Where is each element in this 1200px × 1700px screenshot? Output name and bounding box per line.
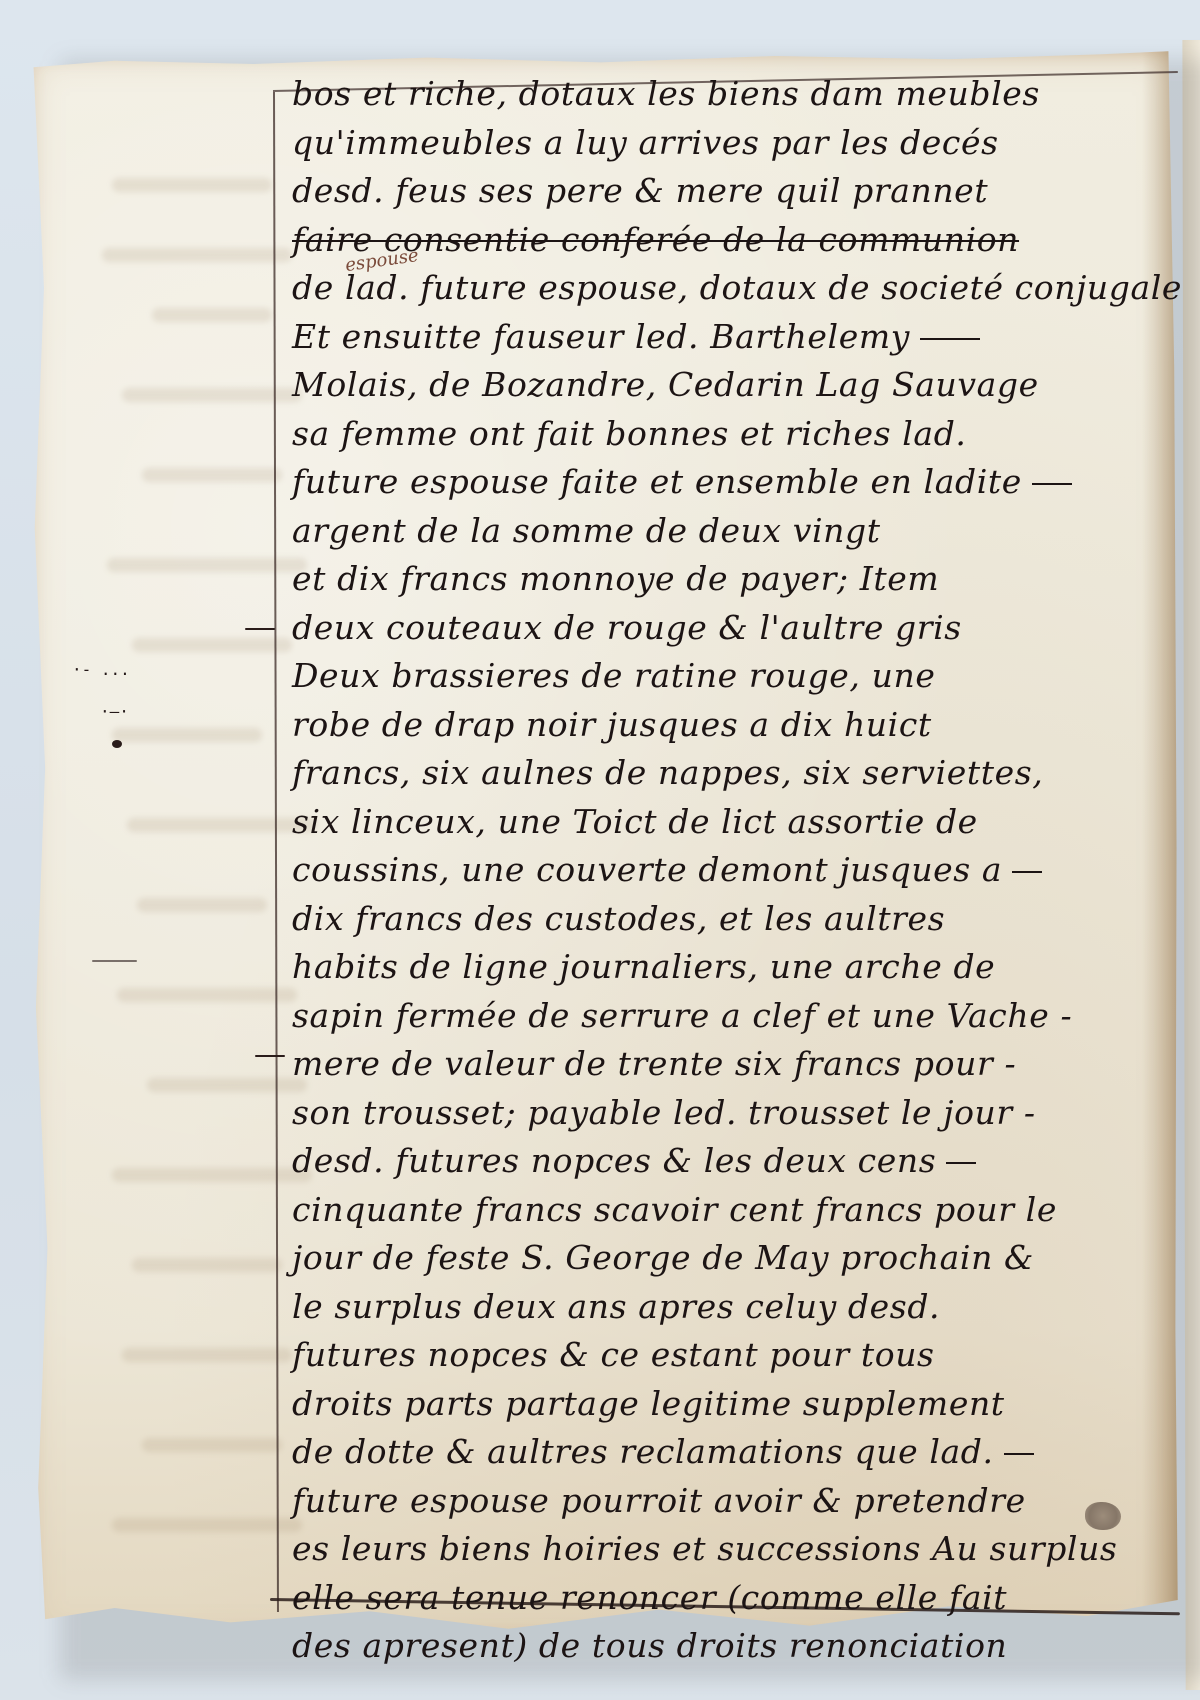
text-line: cinquante francs scavoir cent francs pou… [292,1186,1162,1235]
text-line: habits de ligne journaliers, une arche d… [292,943,1162,992]
text-line: Deux brassieres de ratine rouge, une [292,652,1162,701]
text-line: qu'immeubles a luy arrives par les decés [292,119,1162,168]
manuscript-text: bos et riche, dotaux les biens dam meubl… [292,70,1162,1671]
text-line: Molais, de Bozandre, Cedarin Lag Sauvage [292,361,1162,410]
text-line: future espouse faite et ensemble en ladi… [292,458,1162,507]
text-line: deux couteaux de rouge & l'aultre gris [292,604,1162,653]
text-line: droits parts partage legitime supplement [292,1380,1162,1429]
text-line: future espouse pourroit avoir & pretendr… [292,1477,1162,1526]
text-line: elle sera tenue renoncer (comme elle fai… [292,1574,1162,1623]
line-filler-dash [1032,483,1072,485]
margin-dash [245,628,275,630]
text-line: sapin fermée de serrure a clef et une Va… [292,992,1162,1041]
text-line: coussins, une couverte demont jusques a [292,846,1162,895]
text-line: argent de la somme de deux vingt [292,507,1162,556]
margin-dash [255,1055,285,1057]
line-filler-dash [1012,871,1042,873]
text-line: Et ensuitte fauseur led. Barthelemy [292,313,1162,362]
text-line: de lad. future espouse, dotaux de societ… [292,264,1162,313]
line-filler-dash [1004,1453,1034,1455]
line-filler-dash [946,1162,976,1164]
text-line-struck: faire consentie conferée de la communion [292,216,1162,265]
text-line: six linceux, une Toict de lict assortie … [292,798,1162,847]
text-line: mere de valeur de trente six francs pour… [292,1040,1162,1089]
text-line: bos et riche, dotaux les biens dam meubl… [292,70,1162,119]
line-filler-dash [920,338,980,340]
text-line: desd. futures nopces & les deux cens [292,1137,1162,1186]
text-line: son trousset; payable led. trousset le j… [292,1089,1162,1138]
text-line: et dix francs monnoye de payer; Item [292,555,1162,604]
text-line: le surplus deux ans apres celuy desd. [292,1283,1162,1332]
text-line: des apresent) de tous droits renonciatio… [292,1622,1162,1671]
text-line: es leurs biens hoiries et successions Au… [292,1525,1162,1574]
text-line: de dotte & aultres reclamations que lad. [292,1428,1162,1477]
text-line: francs, six aulnes de nappes, six servie… [292,749,1162,798]
text-line: dix francs des custodes, et les aultres [292,895,1162,944]
ink-blot [112,740,122,748]
text-line: jour de feste S. George de May prochain … [292,1234,1162,1283]
margin-mark: ·—· [100,702,129,721]
text-line: desd. feus ses pere & mere quil prannet [292,167,1162,216]
margin-dash [92,960,137,962]
text-line: sa femme ont fait bonnes et riches lad. [292,410,1162,459]
text-line: robe de drap noir jusques a dix huict [292,701,1162,750]
margin-mark: ·- ... [72,660,130,679]
text-line: futures nopces & ce estant pour tous [292,1331,1162,1380]
